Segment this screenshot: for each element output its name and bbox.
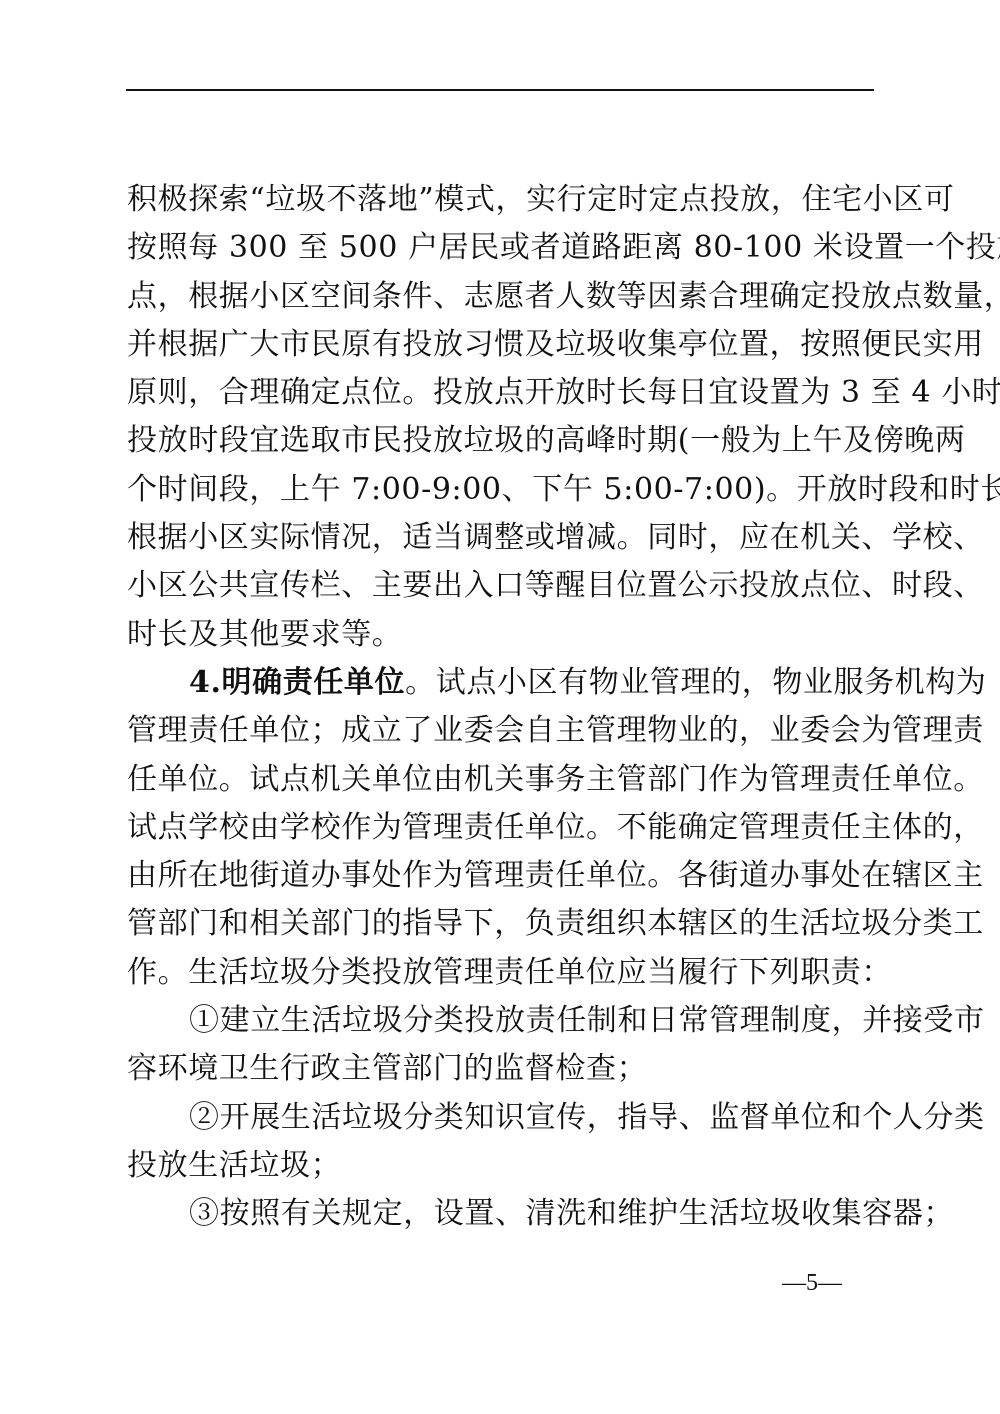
section-4-first-line: 4.明确责任单位。试点小区有物业管理的，物业服务机构为	[127, 663, 875, 711]
text-line: 管理责任单位；成立了业委会自主管理物业的，业委会为管理责	[127, 711, 875, 759]
list-item-2-line: 投放生活垃圾；	[127, 1146, 875, 1194]
text-line: 个时间段，上午 7:00-9:00、下午 5:00-7:00)。开放时段和时长可	[127, 470, 875, 518]
text-line: 点，根据小区空间条件、志愿者人数等因素合理确定投放点数量，	[127, 277, 875, 325]
text-line: 投放时段宜选取市民投放垃圾的高峰时期(一般为上午及傍晚两	[127, 421, 875, 469]
text-line: 小区公共宣传栏、主要出入口等醒目位置公示投放点位、时段、	[127, 566, 875, 614]
text-line: 任单位。试点机关单位由机关事务主管部门作为管理责任单位。	[127, 760, 875, 808]
list-item-2-line: ②开展生活垃圾分类知识宣传，指导、监督单位和个人分类	[127, 1098, 875, 1146]
text-line: 试点学校由学校作为管理责任单位。不能确定管理责任主体的，	[127, 808, 875, 856]
page-number: —5—	[780, 1268, 844, 1298]
header-rule	[126, 89, 874, 91]
section-text: 。试点小区有物业管理的，物业服务机构为	[405, 665, 986, 700]
text-line: 时长及其他要求等。	[127, 615, 875, 663]
text-line: 由所在地街道办事处作为管理责任单位。各街道办事处在辖区主	[127, 856, 875, 904]
text-line: 按照每 300 至 500 户居民或者道路距离 80-100 米设置一个投放	[127, 228, 875, 276]
text-line: 积极探索“垃圾不落地”模式，实行定时定点投放，住宅小区可	[127, 180, 875, 228]
list-item-3-line: ③按照有关规定，设置、清洗和维护生活垃圾收集容器；	[127, 1194, 875, 1242]
text-line: 根据小区实际情况，适当调整或增减。同时，应在机关、学校、	[127, 518, 875, 566]
text-line: 作。生活垃圾分类投放管理责任单位应当履行下列职责：	[127, 953, 875, 1001]
document-body: 积极探索“垃圾不落地”模式，实行定时定点投放，住宅小区可 按照每 300 至 5…	[127, 180, 875, 1243]
section-heading: 4.明确责任单位	[189, 665, 405, 700]
text-line: 原则，合理确定点位。投放点开放时长每日宜设置为 3 至 4 小时，	[127, 373, 875, 421]
list-item-1-line: ①建立生活垃圾分类投放责任制和日常管理制度，并接受市	[127, 1001, 875, 1049]
text-line: 并根据广大市民原有投放习惯及垃圾收集亭位置，按照便民实用	[127, 325, 875, 373]
list-item-1-line: 容环境卫生行政主管部门的监督检查；	[127, 1049, 875, 1097]
text-line: 管部门和相关部门的指导下，负责组织本辖区的生活垃圾分类工	[127, 904, 875, 952]
